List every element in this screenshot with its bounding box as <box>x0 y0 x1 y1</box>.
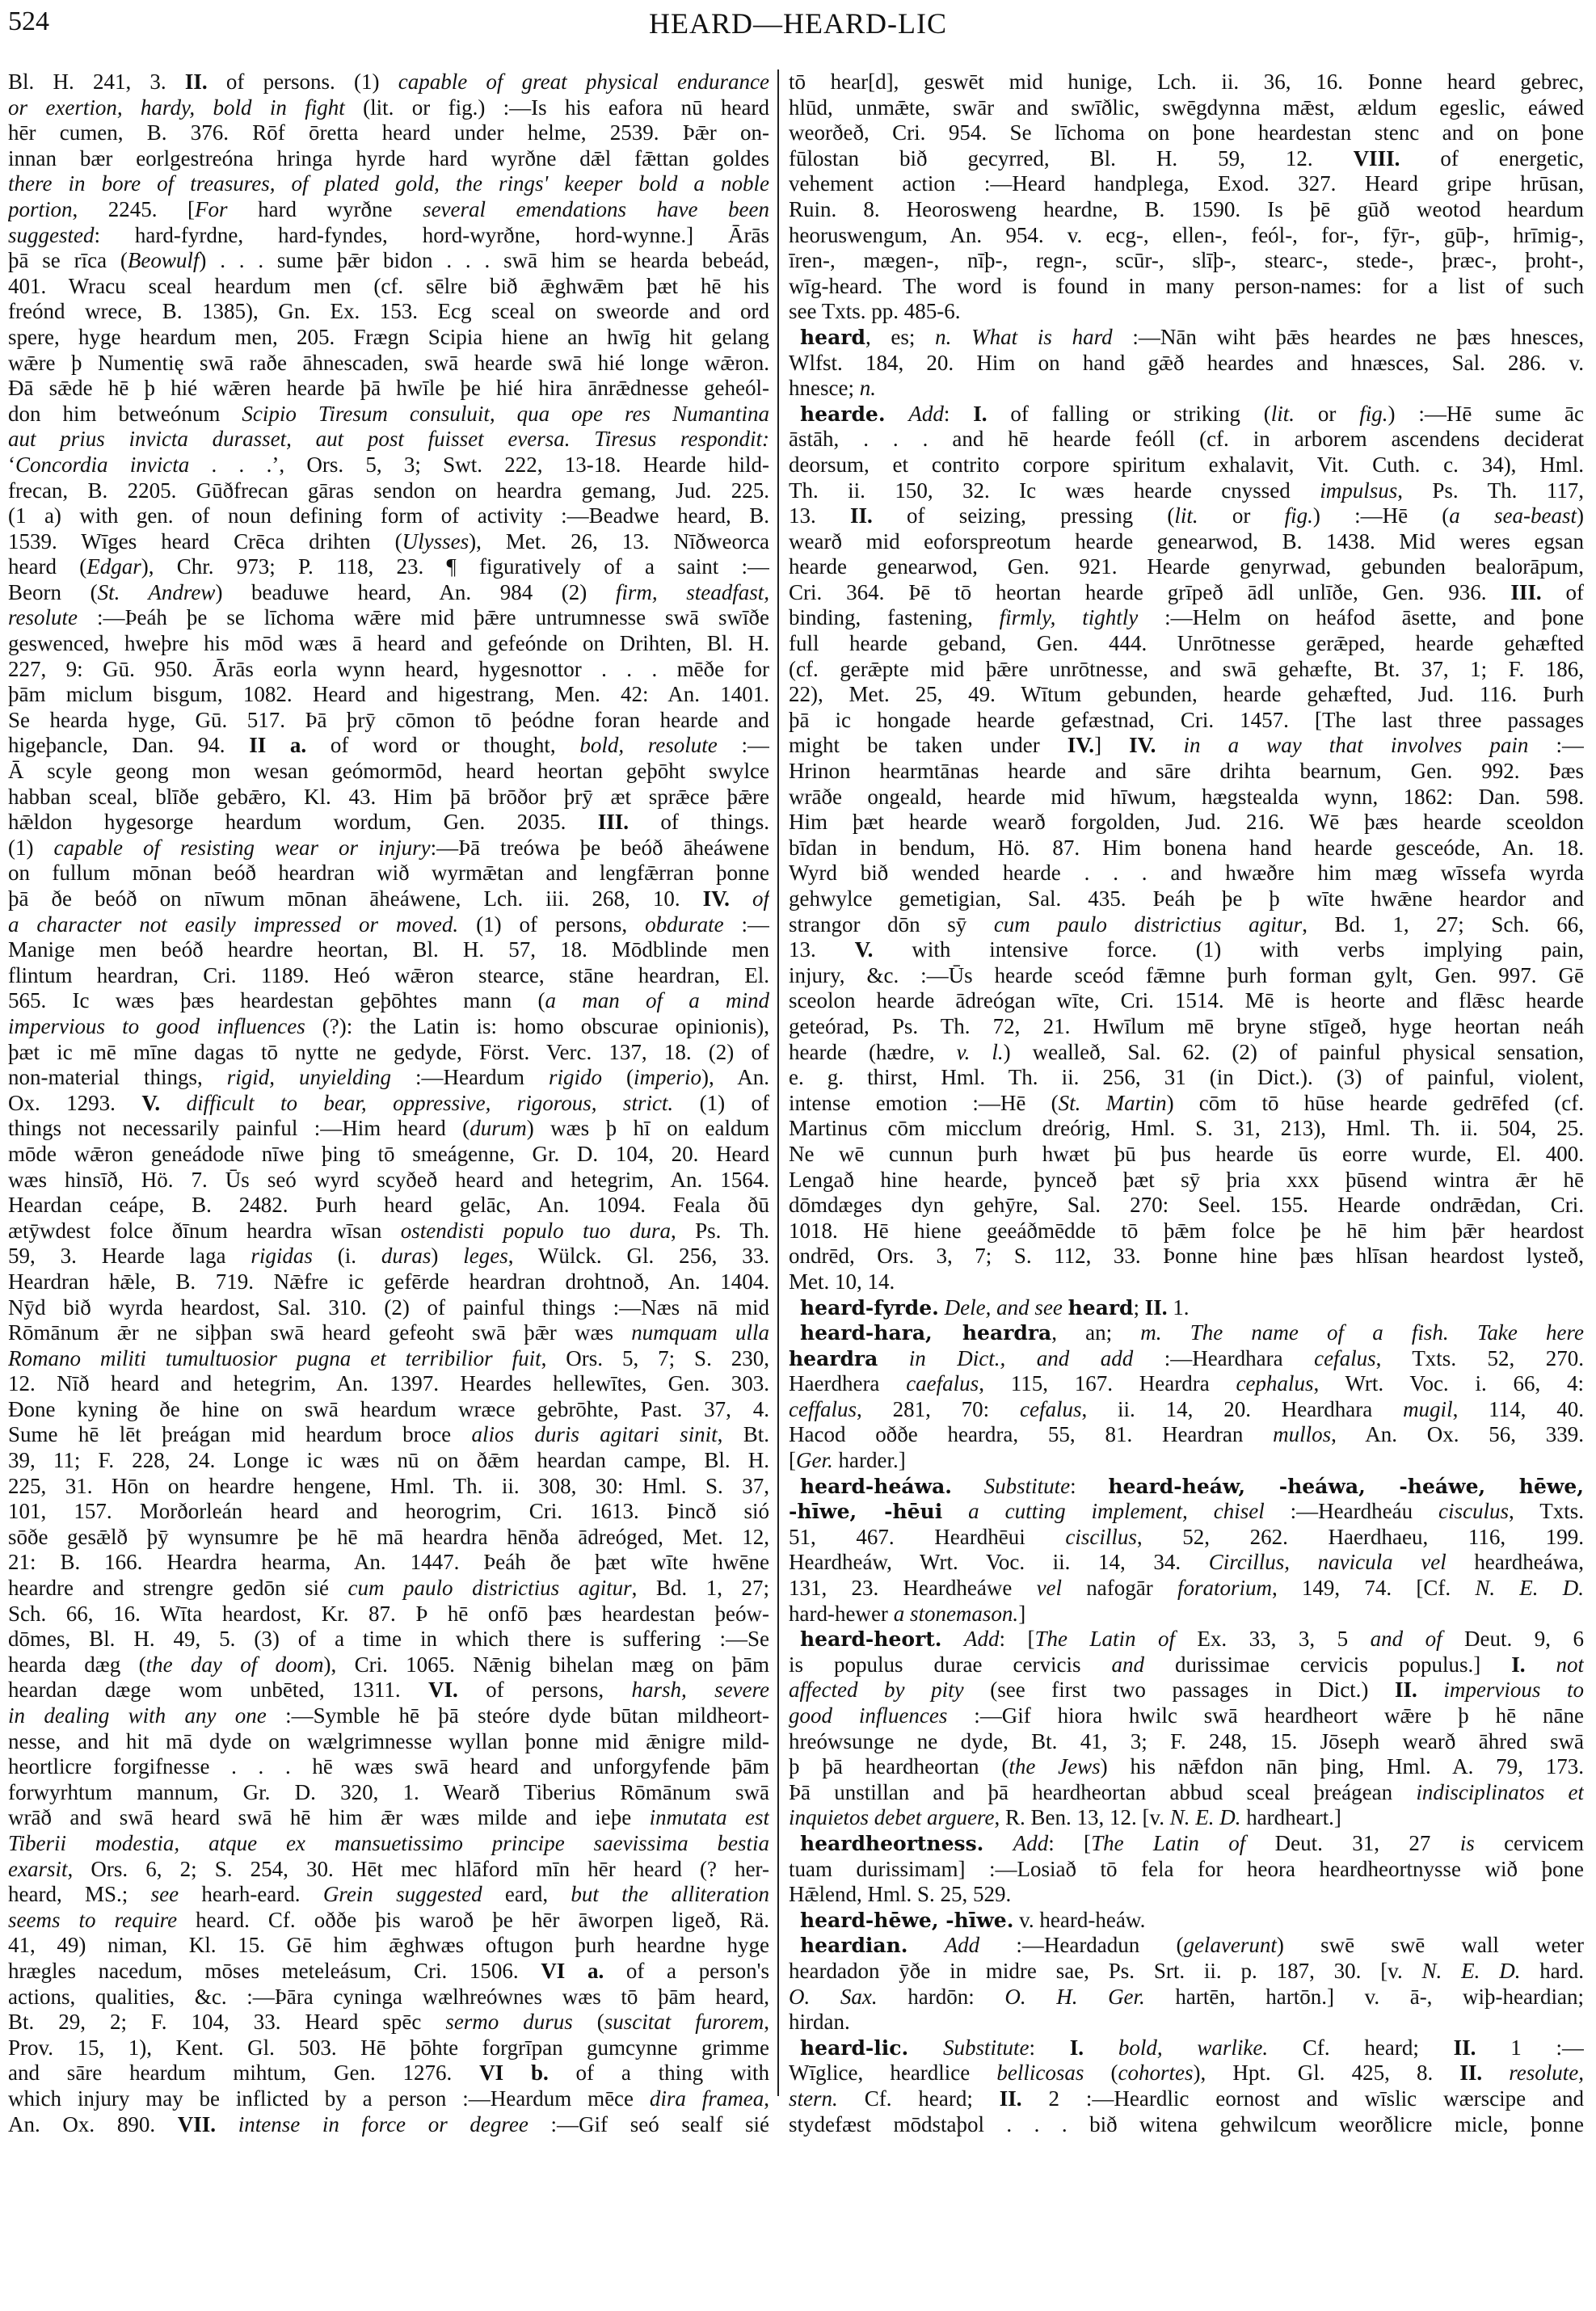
text-segment: hearde genearwod, Gen. 921. Hearde genyr… <box>789 554 1584 579</box>
text-segment: but the alliteration <box>571 1882 769 1906</box>
text-segment: wearð mid eoforspreotum hearde genearwod… <box>789 529 1584 554</box>
text-line: hard-hewer a stonemason.] <box>789 1602 1584 1627</box>
text-segment: þæt ic mē mīne dagas tō nytte ne gedyde,… <box>8 1040 769 1064</box>
text-line: wǣre þ Numentię swā raðe āhnescaden, swā… <box>8 351 769 377</box>
text-line: hnesce; n. <box>789 376 1584 402</box>
text-segment: Heardheáw, Wrt. Voc. ii. 14, 34. <box>789 1550 1209 1574</box>
text-segment: , <box>764 2086 769 2111</box>
text-segment: Add <box>1013 1831 1049 1855</box>
text-segment: suscitat furorem <box>604 2010 764 2034</box>
text-segment: VII. <box>178 2112 216 2136</box>
text-segment: Wyrd bið wended hearde . . . and hwæðre … <box>789 861 1584 885</box>
text-segment: see <box>151 1882 179 1906</box>
text-line: 13. II. of seizing, pressing (lit. or fi… <box>789 503 1584 529</box>
text-segment <box>1063 1295 1068 1320</box>
text-line: exarsit, Ors. 6, 2; S. 254, 30. Hēt mec … <box>8 1857 769 1883</box>
text-segment: cum paulo districtius agitur <box>994 912 1302 937</box>
column-divider <box>777 69 779 2096</box>
text-segment: on fullum mōnan beóð heardran wið wyrmǣt… <box>8 861 769 885</box>
text-segment: e. g. thirst, Hml. Th. ii. 256, 31 (in D… <box>789 1065 1584 1089</box>
text-line: O. Sax. hardōn: O. H. Ger. hartēn, hartō… <box>789 1985 1584 2010</box>
text-line: Ā scyle geong mon wesan geómormōd, heard… <box>8 759 769 785</box>
text-segment: aut prius invicta durasset, aut post fui… <box>8 427 769 451</box>
text-segment: 2 :—Heardlic eornost and wīslic wærscipe… <box>1022 2086 1584 2111</box>
text-segment: Martinus cōm micclum dreórig, Hml. S. 31… <box>789 1116 1584 1140</box>
text-line: there in bore of treasures, of plated go… <box>8 171 769 197</box>
text-segment: þām miclum bisgum, 1082. Heard and higes… <box>8 682 769 706</box>
text-line: ondrēd, Ors. 3, 7; S. 112, 33. Þonne hin… <box>789 1244 1584 1269</box>
text-segment: I. <box>1511 1652 1525 1677</box>
text-line: heardan dæge wom unbēted, 1311. VI. of p… <box>8 1677 769 1703</box>
text-segment: impervious to good influences <box>8 1014 305 1038</box>
text-segment: (1) of <box>673 1091 769 1115</box>
text-segment: Concordia invicta <box>15 453 189 477</box>
text-segment: ) cōm tō hūse hearde gedrēfed (cf. <box>1167 1091 1584 1115</box>
text-line: Sch. 66, 16. Wīta heardost, Kr. 87. Þ hē… <box>8 1602 769 1627</box>
text-line: Wīglice, heardlice bellicosas (cohortes)… <box>789 2061 1584 2086</box>
text-segment: N. E. D. <box>1475 1576 1584 1600</box>
text-segment: hearh-eard. <box>179 1882 323 1906</box>
text-segment: Þā unstillan and þā heardheortan abbud s… <box>789 1780 1416 1804</box>
text-segment: heardheáwa, <box>1447 1550 1584 1574</box>
text-segment: m. The name of a fish. Take here <box>1140 1320 1584 1345</box>
text-line: good influences :—Gif hiora hwilc swā he… <box>789 1703 1584 1729</box>
text-line: ‘Concordia invicta . . .’, Ors. 5, 3; Sw… <box>8 453 769 478</box>
text-segment: Nȳd bið wyrda heardost, Sal. 310. (2) of… <box>8 1295 769 1320</box>
text-line: 21: B. 166. Heardra hearma, An. 1447. Þe… <box>8 1550 769 1576</box>
text-segment: numquam ulla <box>631 1320 769 1345</box>
text-line: Prov. 15, 1), Kent. Gl. 503. Hē þōhte fo… <box>8 2035 769 2061</box>
text-line: Cri. 364. Þē tō heortan hearde grīpeð ād… <box>789 580 1584 606</box>
text-segment: For <box>195 197 228 221</box>
text-line: higeþancle, Dan. 94. II a. of word or th… <box>8 733 769 759</box>
text-segment: might be taken under <box>789 733 1068 757</box>
text-segment: 41, 49) niman, Kl. 15. Gē him ǣghwæs oft… <box>8 1933 769 1957</box>
headword: heard-hēwe, -hīwe. <box>800 1909 1013 1932</box>
text-segment: in Dict., and add <box>909 1346 1133 1370</box>
text-segment: VI a. <box>541 1959 604 1983</box>
text-segment: (cf. gerǣpte mid þǣre unrōtnesse, and sw… <box>789 657 1584 681</box>
text-segment: þā ic hongade hearde gefæstnad, Cri. 145… <box>789 708 1584 732</box>
text-segment: wrāðe ongeald, hearde mid hīwum, hægstea… <box>789 785 1584 809</box>
text-line: Heardheáw, Wrt. Voc. ii. 14, 34. Circill… <box>789 1550 1584 1576</box>
text-line: bīdan in bendum, Hö. 87. Him bonena hand… <box>789 836 1584 861</box>
text-segment: Rōmānum ǣr ne siþþan swā heard gefeoht s… <box>8 1320 631 1345</box>
text-segment: ; <box>1134 1295 1145 1320</box>
text-segment: firm, steadfast, <box>616 580 769 604</box>
text-segment: leges <box>463 1244 507 1268</box>
headword: heard-hara, heardra <box>800 1321 1051 1345</box>
text-segment: heard ( <box>8 554 86 579</box>
text-segment: wǣre þ Numentię swā raðe āhnescaden, swā… <box>8 351 769 375</box>
text-segment <box>908 1933 945 1957</box>
text-segment: 401. Wracu sceal heardum men (cf. sēlre … <box>8 274 769 298</box>
headword: heard-heáwa. <box>800 1475 952 1498</box>
text-line: heardre and strengre gedōn sié cum paulo… <box>8 1576 769 1602</box>
text-segment: durissimae cervicis populus.] <box>1144 1652 1511 1677</box>
text-segment: Ox. 1293. <box>8 1091 141 1115</box>
text-segment: gelaverunt <box>1183 1933 1276 1957</box>
text-segment: ( <box>1084 2061 1118 2085</box>
text-line: heard-hara, heardra, an; m. The name of … <box>789 1320 1584 1346</box>
text-segment: 39, 11; F. 228, 24. Longe ic wæs nū on ð… <box>8 1448 769 1472</box>
text-segment: rigido <box>549 1065 602 1089</box>
text-line: Romano militi tumultuosior pugna et terr… <box>8 1346 769 1372</box>
text-line: spere, hyge heardum men, 205. Frægn Scip… <box>8 325 769 351</box>
text-segment: of <box>730 886 769 911</box>
text-segment: ) :—Hē sume āc <box>1388 402 1585 426</box>
text-line: Nȳd bið wyrda heardost, Sal. 310. (2) of… <box>8 1295 769 1321</box>
text-line: Beorn (St. Andrew) beaduwe heard, An. 98… <box>8 580 769 606</box>
text-segment: duras <box>381 1244 432 1268</box>
text-segment: fig. <box>1359 402 1388 426</box>
text-segment: heardre and strengre gedōn sié <box>8 1576 348 1600</box>
text-line: heardian. Add :—Heardadun (gelaverunt) s… <box>789 1933 1584 1959</box>
text-segment <box>1482 2061 1509 2085</box>
text-line: -hīwe, -hēui a cutting implement, chisel… <box>789 1499 1584 1525</box>
headword: heard <box>1068 1296 1134 1320</box>
text-segment: difficult to bear, oppressive, rigorous,… <box>187 1091 674 1115</box>
text-segment: Hacod oððe heardra, 55, 81. Heardran <box>789 1422 1273 1446</box>
text-segment: O. Sax. <box>789 1985 878 2009</box>
text-segment: Ex. 33, 3, 5 <box>1175 1627 1371 1651</box>
text-segment: lit. <box>1271 402 1295 426</box>
text-segment: īren-, mægen-, nīþ-, regn-, scūr-, slīþ-… <box>789 248 1584 272</box>
text-segment: Met. 10, 14. <box>789 1269 895 1294</box>
text-line: Manige men beóð heardre heortan, Bl. H. … <box>8 937 769 963</box>
text-line: 101, 157. Morðorleán heard and heorogrim… <box>8 1499 769 1525</box>
running-head: HEARD—HEARD-LIC <box>0 6 1596 40</box>
text-segment: vel <box>1037 1576 1062 1600</box>
text-line: freónd wrece, B. 1385), Gn. Ex. 153. Ecg… <box>8 299 769 325</box>
text-line: 41, 49) niman, Kl. 15. Gē him ǣghwæs oft… <box>8 1933 769 1959</box>
text-segment: hearda dæg ( <box>8 1652 146 1677</box>
text-segment: hnesce; <box>789 376 860 400</box>
text-line: full hearde geband, Gen. 444. Unrōtnesse… <box>789 631 1584 657</box>
text-segment: Sume hē lēt þreágan mid heardum broce <box>8 1422 471 1446</box>
text-line: Lengað hine hearde, þynceð þæt sȳ þria x… <box>789 1168 1584 1193</box>
text-segment: Cri. 364. Þē tō heortan hearde grīpeð ād… <box>789 580 1510 604</box>
text-line: 227, 9: Gū. 950. Ārās eorla wynn heard, … <box>8 657 769 683</box>
text-segment: lit. <box>1174 503 1198 528</box>
text-segment: firmly, tightly <box>1000 605 1139 629</box>
text-segment: of <box>1542 580 1584 604</box>
text-segment: heard. Cf. oððe þis waroð þe hēr āworpen… <box>177 1908 769 1932</box>
text-segment: imperio <box>634 1065 701 1089</box>
text-segment: bold, resolute <box>579 733 717 757</box>
text-segment: St. Martin <box>1059 1091 1167 1115</box>
text-segment: 1 :— <box>1476 2035 1584 2060</box>
text-segment: II. <box>1000 2086 1022 2111</box>
text-segment: Romano militi tumultuosior pugna et terr… <box>8 1346 541 1370</box>
text-line: Hrinon hearmtānas hearde and sāre drihta… <box>789 759 1584 785</box>
text-segment: , Ps. Th. <box>671 1219 769 1243</box>
text-segment: bold, warlike. <box>1118 2035 1268 2060</box>
text-segment: (1) <box>8 836 54 860</box>
text-segment: 12. Nīð heard and hetegrim, An. 1397. He… <box>8 1371 769 1395</box>
text-segment: ) swē swē wall weter <box>1277 1933 1584 1957</box>
text-line: affected by pity (see first two passages… <box>789 1677 1584 1703</box>
text-line: resolute :—Þeáh þe se līchoma wǣre mid þ… <box>8 605 769 631</box>
text-segment: harsh, severe <box>631 1677 769 1702</box>
text-segment: harder.] <box>833 1448 906 1472</box>
text-segment: affected by pity <box>789 1677 964 1702</box>
text-line: hearda dæg (the day of doom), Cri. 1065.… <box>8 1652 769 1678</box>
text-segment: innan bær eorlgestreóna hringa hyrde har… <box>8 146 769 170</box>
text-segment: of persons. (1) <box>208 69 398 94</box>
text-segment: ), Cri. 1065. Nǣnig bihelan mæg on þām <box>324 1652 769 1677</box>
text-segment: III. <box>598 810 629 834</box>
text-line: Ðā sǣde hē þ hié wǣren hearde þā hwīle þ… <box>8 376 769 402</box>
text-line: hrægles nacedum, mōses meteleásum, Cri. … <box>8 1959 769 1985</box>
text-segment: II. <box>1454 2035 1476 2060</box>
text-segment: hrægles nacedum, mōses meteleásum, Cri. … <box>8 1959 541 1983</box>
text-line: 131, 23. Heardheáwe vel nafogār foratori… <box>789 1576 1584 1602</box>
text-segment: Substitute <box>943 2035 1030 2060</box>
text-segment: ] <box>1018 1602 1025 1626</box>
text-segment: :—Gif hiora hwilc swā heardheort wǣre þ … <box>947 1703 1584 1728</box>
text-line: Ne wē cunnun þurh hwæt þū þus hearde ūs … <box>789 1142 1584 1168</box>
text-segment: , Ps. Th. 117, <box>1397 478 1584 503</box>
text-segment: , <box>764 2010 769 2034</box>
text-segment: Circillus, navicula vel <box>1209 1550 1447 1574</box>
text-segment: ), Hpt. Gl. 425, 8. <box>1194 2061 1460 2085</box>
text-segment: I. <box>1070 2035 1084 2060</box>
text-segment: , Bd. 1, 27; Sch. 66, <box>1302 912 1584 937</box>
text-segment <box>216 2112 238 2136</box>
text-line: heoruswengum, An. 954. v. ecg-, ellen-, … <box>789 223 1584 249</box>
text-segment: :— <box>1528 733 1584 757</box>
text-line: heard (Edgar), Chr. 973; P. 118, 23. ¶ f… <box>8 554 769 580</box>
text-segment: ) wealleð, Sal. 62. (2) of painful physi… <box>1004 1040 1584 1064</box>
text-line: ætȳwdest folce ðīnum heardra wīsan osten… <box>8 1219 769 1244</box>
text-segment: exarsit <box>8 1857 68 1881</box>
text-line: Ox. 1293. V. difficult to bear, oppressi… <box>8 1091 769 1117</box>
text-segment: ) . . . sume þǣr bidon . . . swā him se … <box>199 248 769 272</box>
text-segment: cefalus <box>1314 1346 1375 1370</box>
text-segment: rigid, unyielding <box>227 1065 391 1089</box>
text-segment: þā ðe beóð on nīwum mōnan āheáwene, Lch.… <box>8 886 703 911</box>
text-segment: hard-hewer <box>789 1602 894 1626</box>
text-segment: flintum heardran, Cri. 1189. Heó wǣron s… <box>8 963 769 987</box>
text-line: þā se rīca (Beowulf) . . . sume þǣr bido… <box>8 248 769 274</box>
text-line: heard-lic. Substitute: I. bold, warlike.… <box>789 2035 1584 2061</box>
text-segment: with intensive force. (1) with verbs imp… <box>873 937 1584 962</box>
text-segment: Deut. 9, 6 <box>1442 1627 1584 1651</box>
text-segment: , R. Ben. 13, 12. [v. <box>994 1805 1169 1829</box>
text-line: wæs hinsīð, Hö. 7. Ūs seó wyrd scyðeð he… <box>8 1168 769 1193</box>
text-segment: :—Þā treówa þe beóð āheáwene <box>431 836 769 860</box>
text-line: Ðone kyning ðe hine on swā heardum wræce… <box>8 1397 769 1423</box>
text-segment: and sāre heardum mihtum, Gen. 1276. <box>8 2061 479 2085</box>
text-segment: Wlfst. 184, 20. Him on hand gǣð heardes … <box>789 351 1584 375</box>
text-segment: actions, qualities, &c. :—Þāra cyninga w… <box>8 1985 769 2009</box>
text-line: (cf. gerǣpte mid þǣre unrōtnesse, and sw… <box>789 657 1584 683</box>
text-segment: 1018. Hē hiene geeáðmēdde tō þǣm folce þ… <box>789 1219 1584 1243</box>
text-segment: Grein suggested <box>323 1882 482 1906</box>
text-segment: , Ors. 5, 7; S. 230, <box>541 1346 769 1370</box>
text-segment: in a way that involves pain <box>1184 733 1529 757</box>
text-line: þ þā heardheortan (the Jews) his nǣfdon … <box>789 1754 1584 1780</box>
text-segment: ] <box>1094 733 1129 757</box>
text-line: wīg-heard. The word is found in many per… <box>789 274 1584 300</box>
text-segment: several emendations have been <box>423 197 769 221</box>
text-segment: impulsus <box>1320 478 1397 503</box>
text-segment: ) wæs þ hī on ealdum <box>527 1116 769 1140</box>
headword: heardra <box>789 1347 878 1370</box>
text-line: strangor dōn sȳ cum paulo districtius ag… <box>789 912 1584 938</box>
text-segment: tō hear[d], geswēt mid hunige, Lch. ii. … <box>789 69 1584 94</box>
headword: heard <box>800 326 865 349</box>
text-segment: ostendisti populo tuo dura <box>401 1219 671 1243</box>
text-segment: : <box>944 402 973 426</box>
text-segment <box>942 1499 968 1523</box>
text-line: Wyrd bið wended hearde . . . and hwæðre … <box>789 861 1584 886</box>
text-segment: things not necessarily painful :—Him hea… <box>8 1116 470 1140</box>
text-line: might be taken under IV.] IV. in a way t… <box>789 733 1584 759</box>
text-segment: resolute <box>8 605 78 629</box>
text-segment: impervious to <box>1443 1677 1584 1702</box>
left-column: Bl. H. 241, 3. II. of persons. (1) capab… <box>8 69 769 2137</box>
text-segment: spere, hyge heardum men, 205. Frægn Scip… <box>8 325 769 349</box>
text-segment: : <box>1070 1474 1108 1498</box>
text-line: frecan, B. 2205. Gūðfrecan gāras sendon … <box>8 478 769 504</box>
text-segment: inmutata est <box>650 1805 769 1829</box>
text-segment: ) beaduwe heard, An. 984 (2) <box>215 580 615 604</box>
text-segment: of things. <box>629 810 769 834</box>
text-segment: sermo durus <box>445 2010 572 2034</box>
text-segment: heardadon ȳðe in midre sae, Ps. Srt. ii.… <box>789 1959 1422 1983</box>
text-segment: Hrinon hearmtānas hearde and sāre drihta… <box>789 759 1584 783</box>
text-segment: Ger. <box>796 1448 833 1472</box>
text-segment: gehwylce gemetigian, Sal. 435. Þeáh þe þ… <box>789 886 1584 911</box>
text-segment: hartēn, hartōn.] v. ā-, wiþ-heardian; <box>1145 1985 1584 2009</box>
text-segment: :—Helm on heáfod āsette, and þone <box>1138 605 1584 629</box>
text-segment: IV. <box>1068 733 1094 757</box>
text-segment: 227, 9: Gū. 950. Ārās eorla wynn heard, … <box>8 657 769 681</box>
text-segment: durum <box>470 1116 527 1140</box>
text-segment: hearde (hædre, <box>789 1040 957 1064</box>
text-line: fūlostan bið gecyrred, Bl. H. 59, 12. VI… <box>789 146 1584 172</box>
text-segment: Ā scyle geong mon wesan geómormōd, heard… <box>8 759 769 783</box>
text-segment: Dele, and see <box>945 1295 1063 1320</box>
text-line: heardra in Dict., and add :—Heardhara ce… <box>789 1346 1584 1372</box>
text-segment: , Bt. <box>718 1422 769 1446</box>
text-line: suggested: hard-fyrdne, hard-fyndes, hor… <box>8 223 769 249</box>
text-segment <box>878 1346 908 1370</box>
text-line: binding, fastening, firmly, tightly :—He… <box>789 605 1584 631</box>
text-segment: heardan dæge wom unbēted, 1311. <box>8 1677 428 1702</box>
text-line: [Ger. harder.] <box>789 1448 1584 1474</box>
text-segment: cephalus <box>1236 1371 1313 1395</box>
text-line: a character not easily impressed or move… <box>8 912 769 938</box>
text-segment: :—Symble hē þā steóre dyde būtan mildheo… <box>267 1703 769 1728</box>
headword: heard-heáw, -heáwa, -heáwe, hēwe, <box>1108 1475 1584 1498</box>
text-segment: þā se rīca ( <box>8 248 128 272</box>
text-segment: freónd wrece, B. 1385), Gn. Ex. 153. Ecg… <box>8 299 769 323</box>
text-segment: :—Heardum <box>391 1065 549 1089</box>
text-segment: fig. <box>1285 503 1313 528</box>
text-line: wrāð and swā heard swā hē him ǣr wæs mil… <box>8 1805 769 1831</box>
text-line: hēr cumen, B. 376. Rōf ōretta heard unde… <box>8 120 769 146</box>
text-segment: bīdan in bendum, Hö. 87. Him bonena hand… <box>789 836 1584 860</box>
text-segment: heard, MS.; <box>8 1882 151 1906</box>
text-segment: Th. ii. 150, 32. Ic wæs hearde cnyssed <box>789 478 1320 503</box>
text-segment: cohortes <box>1118 2061 1194 2085</box>
text-segment: mugil <box>1403 1397 1453 1421</box>
text-segment: 131, 23. Heardheáwe <box>789 1576 1037 1600</box>
text-segment: 1539. Wīges heard Crēca drihten ( <box>8 529 402 554</box>
text-segment: fūlostan bið gecyrred, Bl. H. 59, 12. <box>789 146 1354 170</box>
text-line: portion, 2245. [For hard wyrðne several … <box>8 197 769 223</box>
text-line: Sume hē lēt þreágan mid heardum broce al… <box>8 1422 769 1448</box>
text-segment: v. heard-heáw. <box>1013 1908 1145 1932</box>
text-line: 1018. Hē hiene geeáðmēdde tō þǣm folce þ… <box>789 1219 1584 1244</box>
text-line: stern. Cf. heard; II. 2 :—Heardlic eorno… <box>789 2086 1584 2112</box>
text-line: Wlfst. 184, 20. Him on hand gǣð heardes … <box>789 351 1584 377</box>
headword: heardian. <box>800 1934 908 1957</box>
text-segment: wīg-heard. The word is found in many per… <box>789 274 1584 298</box>
text-segment: Tiberii modestia, atque ex mansuetissimo… <box>8 1831 769 1855</box>
text-line: dōmdæges dyn gehȳre, Sal. 270: Seel. 155… <box>789 1193 1584 1219</box>
text-line: 1539. Wīges heard Crēca drihten (Ulysses… <box>8 529 769 555</box>
text-segment: cervicem <box>1475 1831 1584 1855</box>
text-segment: ) :—Hē ( <box>1313 503 1449 528</box>
text-segment: a sea-beast <box>1449 503 1577 528</box>
text-line: 565. Ic wæs þæs heardestan geþōhtes mann… <box>8 988 769 1014</box>
text-segment: Heardan ceápe, B. 2482. Þurh heard gelāc… <box>8 1193 769 1217</box>
text-segment: wæs hinsīð, Hö. 7. Ūs seó wyrd scyðeð he… <box>8 1168 769 1192</box>
text-line: vehement action :—Heard handplega, Exod.… <box>789 171 1584 197</box>
text-segment: geteórad, Ps. Th. 72, 21. Hwīlum mē bryn… <box>789 1014 1584 1038</box>
text-segment: (see first two passages in Dict.) <box>964 1677 1395 1702</box>
text-line: Se hearda hyge, Gū. 517. Þā þrȳ cōmon tō… <box>8 708 769 734</box>
text-line: seems to require heard. Cf. oððe þis war… <box>8 1908 769 1934</box>
text-segment: IV. <box>1129 733 1156 757</box>
text-line: Heardran hǣle, B. 719. Nǣfre ic gefērde … <box>8 1269 769 1295</box>
text-line: 13. V. with intensive force. (1) with ve… <box>789 937 1584 963</box>
text-segment: 59, 3. Hearde laga <box>8 1244 251 1268</box>
text-segment: heoruswengum, An. 954. v. ecg-, ellen-, … <box>789 223 1584 247</box>
text-segment: sōðe gesǣlð þȳ wynsumre þe hē mā heardra… <box>8 1525 769 1549</box>
text-segment: , Ors. 6, 2; S. 254, 30. Hēt mec hlāford… <box>68 1857 770 1881</box>
text-segment: , 115, 167. Heardra <box>979 1371 1236 1395</box>
text-line: (1) capable of resisting wear or injury:… <box>8 836 769 861</box>
text-line: heard-hēwe, -hīwe. v. heard-heáw. <box>789 1908 1584 1934</box>
text-line: 51, 467. Heardhēui ciscillus, 52, 262. H… <box>789 1525 1584 1551</box>
text-line: Hǣlend, Hml. S. 25, 529. <box>789 1882 1584 1908</box>
text-segment: 21: B. 166. Heardra hearma, An. 1447. Þe… <box>8 1550 769 1574</box>
text-segment: forwyrhtum mannum, Gr. D. 320, 1. Wearð … <box>8 1780 769 1804</box>
text-segment: , 114, 40. <box>1453 1397 1584 1421</box>
text-segment: frecan, B. 2205. Gūðfrecan gāras sendon … <box>8 478 769 503</box>
text-segment: , Wülck. Gl. 256, 33. <box>508 1244 769 1268</box>
text-segment: eard, <box>482 1882 571 1906</box>
text-segment: or <box>1198 503 1285 528</box>
text-segment: Cf. heard; <box>1268 2035 1454 2060</box>
text-segment: II. <box>850 503 873 528</box>
text-segment: nesse, and hit mā dyde on wælgrimnesse w… <box>8 1729 769 1753</box>
text-segment: Ðā sǣde hē þ hié wǣren hearde þā hwīle þ… <box>8 376 769 400</box>
text-segment: n. What is hard <box>935 325 1112 349</box>
text-line: hearde (hædre, v. l.) wealleð, Sal. 62. … <box>789 1040 1584 1066</box>
text-line: heard-heáwa. Substitute: heard-heáw, -he… <box>789 1474 1584 1500</box>
text-segment: , 149, 74. [Cf. <box>1272 1576 1475 1600</box>
text-segment: habban sceal, blīðe gebǣro, Kl. 43. Him … <box>8 785 769 809</box>
text-line: heard, es; n. What is hard :—Nān wiht þǣ… <box>789 325 1584 351</box>
text-segment: not <box>1556 1652 1585 1677</box>
text-line: intense emotion :—Hē (St. Martin) cōm tō… <box>789 1091 1584 1117</box>
